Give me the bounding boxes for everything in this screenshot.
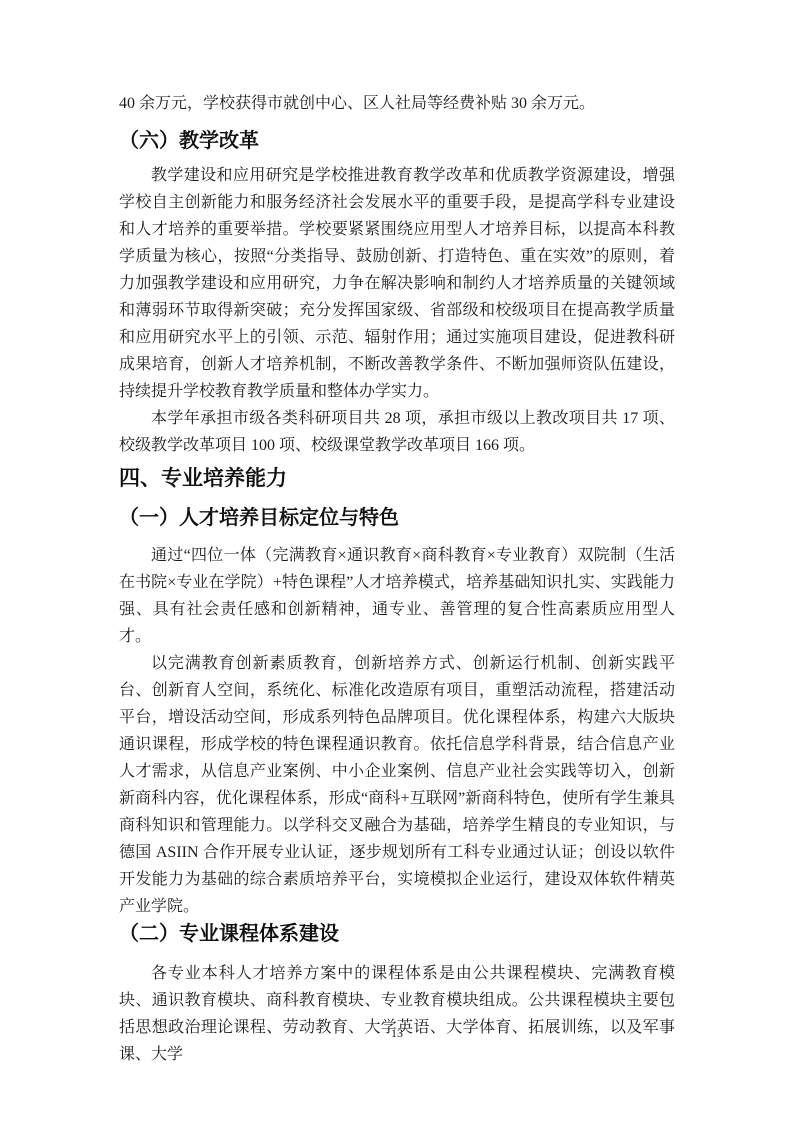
paragraph-training-model: 通过“四位一体（完满教育×通识教育×商科教育×专业教育）双院制（生活在书院×专业… (119, 542, 675, 650)
heading-chapter-4-professional-training-capacity: 四、专业培养能力 (119, 464, 675, 494)
paragraph-project-counts: 本学年承担市级各类科研项目共 28 项，承担市级以上教改项目共 17 项、校级教… (119, 405, 675, 459)
heading-section-6-teaching-reform: （六）教学改革 (119, 127, 675, 155)
page-number: 13 (391, 1026, 403, 1040)
page-footer: 13 (0, 1026, 794, 1041)
heading-section-1-talent-positioning: （一）人才培养目标定位与特色 (119, 504, 675, 532)
heading-section-2-curriculum-system: （二）专业课程体系建设 (119, 920, 675, 948)
paragraph-teaching-construction: 教学建设和应用研究是学校推进教育教学改革和优质教学资源建设，增强学校自主创新能力… (119, 162, 675, 405)
paragraph-funding-continuation: 40 余万元，学校获得市就创中心、区人社局等经费补贴 30 余万元。 (119, 90, 675, 117)
document-page: 40 余万元，学校获得市就创中心、区人社局等经费补贴 30 余万元。 （六）教学… (0, 0, 794, 1123)
paragraph-curriculum-modules: 各专业本科人才培养方案中的课程体系是由公共课程模块、完满教育模块、通识教育模块、… (119, 960, 675, 1068)
paragraph-wanman-education-curriculum: 以完满教育创新素质教育，创新培养方式、创新运行机制、创新实践平台、创新育人空间，… (119, 650, 675, 920)
